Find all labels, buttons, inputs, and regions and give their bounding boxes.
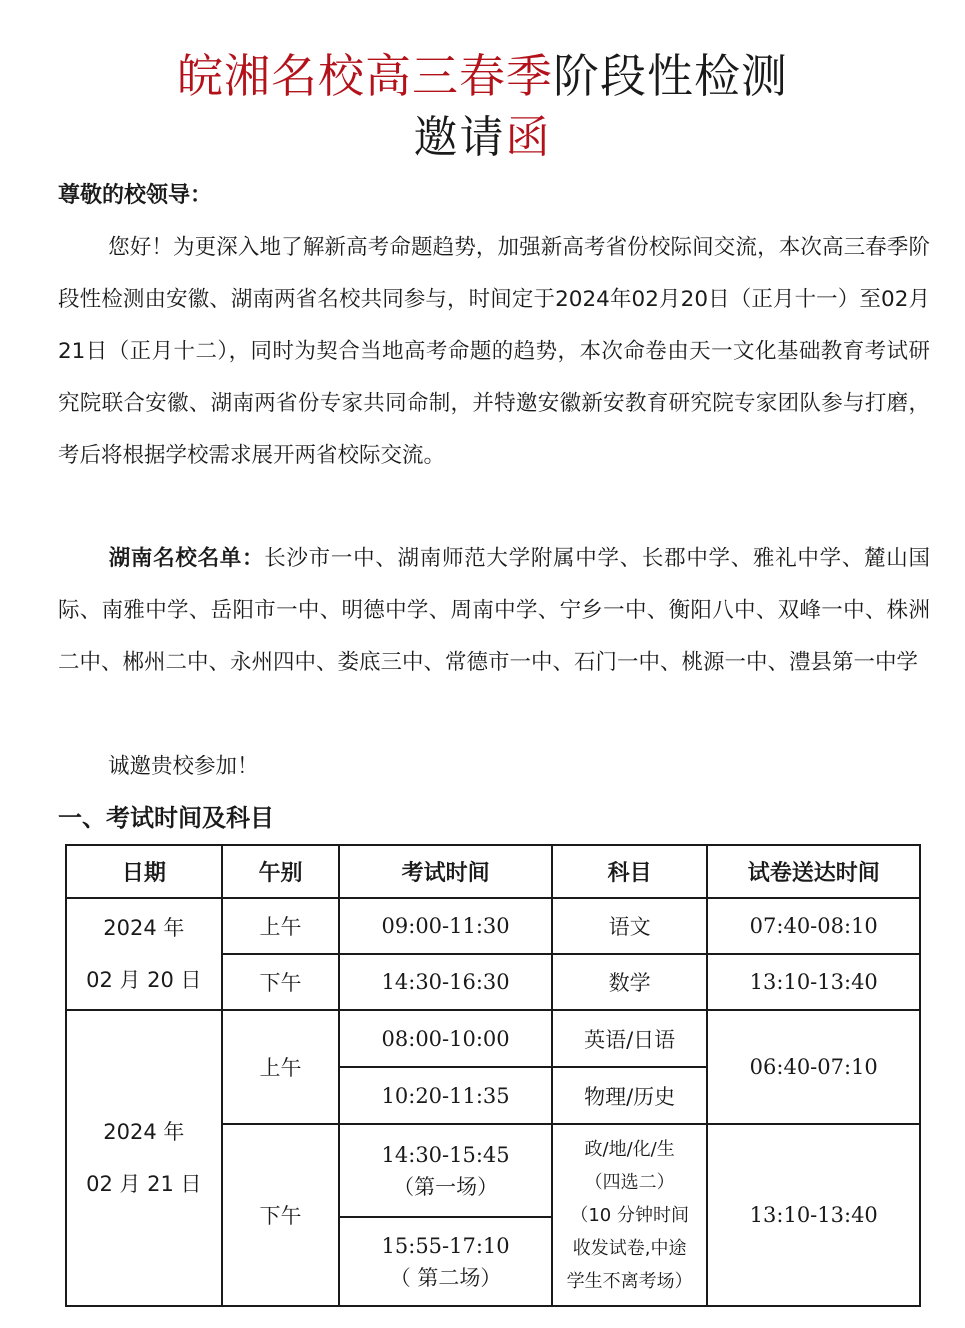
subject-line: （四选二）	[553, 1166, 707, 1199]
day1-date-cell: 2024 年 02 月 20 日	[66, 898, 222, 1010]
subject-note-line: 学生不离考场）	[553, 1265, 707, 1298]
exam-round-note: （第一场）	[340, 1171, 551, 1203]
document-title: 皖湘名校高三春季阶段性检测	[0, 48, 965, 104]
header-date: 日期	[66, 845, 222, 898]
date-day: 02 月 20 日	[67, 954, 221, 1006]
subject-cell: 数学	[552, 954, 708, 1010]
school-list-paragraph: 湖南名校名单：长沙市一中、湖南师范大学附属中学、长郡中学、雅礼中学、麓山国际、南…	[58, 533, 930, 689]
intro-text: 您好！为更深入地了解新高考命题趋势，加强新高考省份校际间交流，本次高三春季阶段性…	[58, 235, 930, 468]
table-row: 2024 年 02 月 21 日 上午 08:00-10:00 英语/日语 06…	[66, 1010, 920, 1067]
session-cell: 下午	[222, 1124, 340, 1306]
subject-cell: 语文	[552, 898, 708, 954]
exam-time-cell: 08:00-10:00	[339, 1010, 552, 1067]
subject-cell: 政/地/化/生 （四选二） （10 分钟时间 收发试卷,中途 学生不离考场）	[552, 1124, 708, 1306]
exam-time: 14:30-15:45	[340, 1139, 551, 1171]
date-year: 2024 年	[67, 1106, 221, 1158]
session-cell: 上午	[222, 898, 340, 954]
date-year: 2024 年	[67, 902, 221, 954]
invitation-line: 诚邀贵校参加！	[58, 741, 930, 793]
subject-cell: 英语/日语	[552, 1010, 708, 1067]
salutation: 尊敬的校领导：	[58, 178, 212, 209]
header-session: 午别	[222, 845, 340, 898]
subject-line: 政/地/化/生	[553, 1133, 707, 1166]
delivery-time-cell: 07:40-08:10	[707, 898, 920, 954]
section-title-exam-schedule: 一、考试时间及科目	[58, 795, 274, 841]
exam-time-cell: 10:20-11:35	[339, 1067, 552, 1124]
subtitle-red-part: 函	[506, 112, 552, 163]
header-exam-time: 考试时间	[339, 845, 552, 898]
exam-time-cell: 14:30-16:30	[339, 954, 552, 1010]
table-row: 2024 年 02 月 20 日 上午 09:00-11:30 语文 07:40…	[66, 898, 920, 954]
exam-time-cell: 14:30-15:45 （第一场）	[339, 1124, 552, 1217]
intro-paragraph: 您好！为更深入地了解新高考命题趋势，加强新高考省份校际间交流，本次高三春季阶段性…	[58, 222, 930, 482]
header-delivery-time: 试卷送达时间	[707, 845, 920, 898]
day2-date-cell: 2024 年 02 月 21 日	[66, 1010, 222, 1306]
title-black-part: 阶段性检测	[553, 49, 788, 103]
subject-cell: 物理/历史	[552, 1067, 708, 1124]
header-subject: 科目	[552, 845, 708, 898]
subject-note-line: 收发试卷,中途	[553, 1232, 707, 1265]
delivery-time-cell: 13:10-13:40	[707, 954, 920, 1010]
delivery-time-cell: 06:40-07:10	[707, 1010, 920, 1124]
delivery-time-cell: 13:10-13:40	[707, 1124, 920, 1306]
table-header-row: 日期 午别 考试时间 科目 试卷送达时间	[66, 845, 920, 898]
session-cell: 上午	[222, 1010, 340, 1124]
exam-time: 15:55-17:10	[340, 1230, 551, 1262]
date-day: 02 月 21 日	[67, 1158, 221, 1210]
session-cell: 下午	[222, 954, 340, 1010]
exam-schedule-table: 日期 午别 考试时间 科目 试卷送达时间 2024 年 02 月 20 日 上午…	[65, 844, 921, 1307]
document-subtitle: 邀请函	[0, 110, 965, 166]
invitation-text: 诚邀贵校参加！	[108, 754, 259, 779]
subtitle-black-part: 邀请	[414, 112, 506, 163]
title-red-part: 皖湘名校高三春季	[177, 49, 553, 103]
subject-note-line: （10 分钟时间	[553, 1199, 707, 1232]
exam-round-note: （ 第二场）	[340, 1262, 551, 1294]
school-list-label: 湖南名校名单：	[108, 546, 264, 571]
exam-time-cell: 15:55-17:10 （ 第二场）	[339, 1217, 552, 1306]
exam-time-cell: 09:00-11:30	[339, 898, 552, 954]
